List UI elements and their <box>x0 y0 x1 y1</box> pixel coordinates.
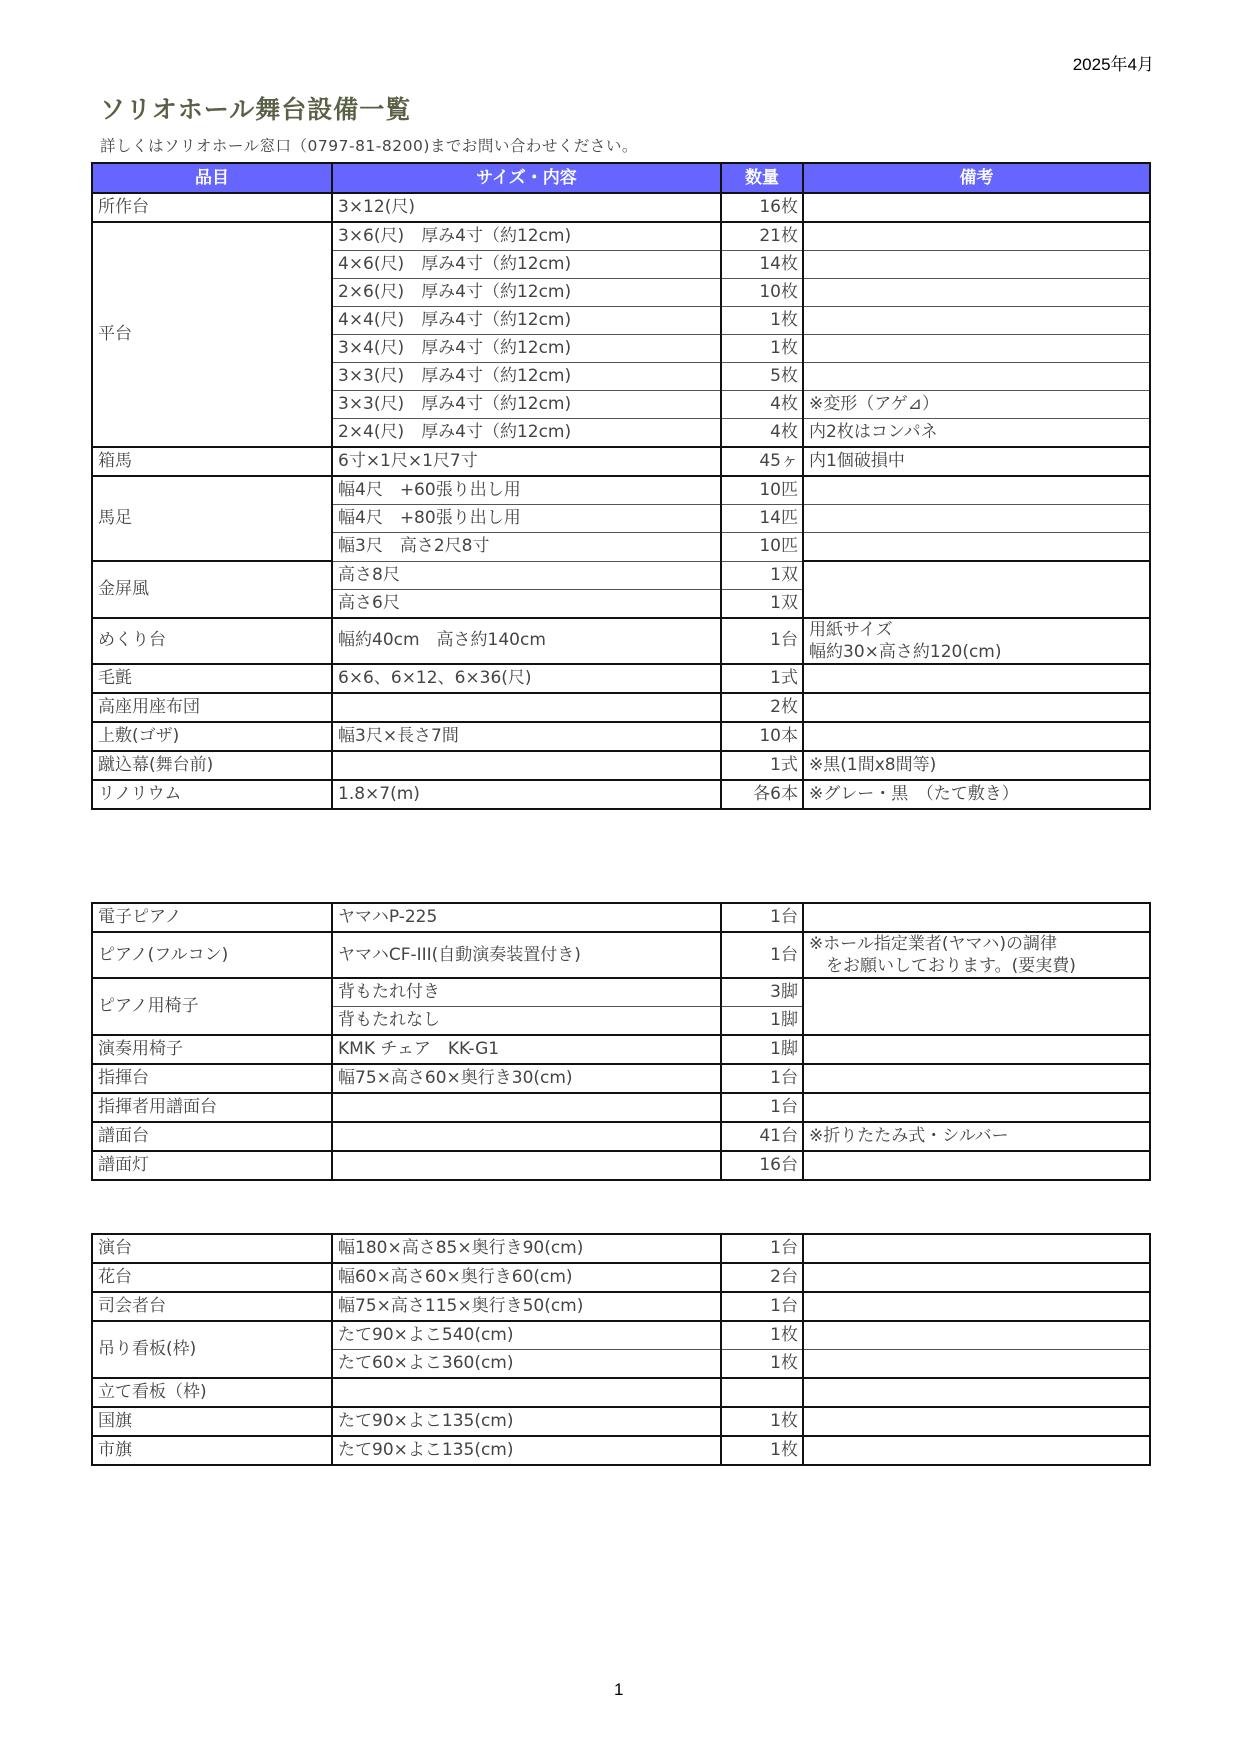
size-cell: 3×4(尺) 厚み4寸（約12cm) <box>332 335 721 363</box>
table-row: 演奏用椅子 KMK チェア KK-G1 1脚 <box>92 1035 1150 1064</box>
qty-cell: 10枚 <box>721 279 803 307</box>
table-row: めくり台 幅約40cm 高さ約140cm 1台 用紙サイズ 幅約30×高さ約12… <box>92 618 1150 664</box>
size-cell <box>332 751 721 780</box>
note-cell <box>803 363 1150 391</box>
size-cell: 4×6(尺) 厚み4寸（約12cm) <box>332 251 721 279</box>
note-cell <box>803 251 1150 279</box>
table-row: 指揮者用譜面台 1台 <box>92 1093 1150 1122</box>
item-cell: リノリウム <box>92 780 332 809</box>
qty-cell: 各6本 <box>721 780 803 809</box>
note-cell <box>803 693 1150 722</box>
item-cell: 立て看板（枠) <box>92 1378 332 1407</box>
size-cell: KMK チェア KK-G1 <box>332 1035 721 1064</box>
table-header-row: 品目 サイズ・内容 数量 備考 <box>92 163 1150 193</box>
table-row: 高座用座布団 2枚 <box>92 693 1150 722</box>
note-cell <box>803 903 1150 932</box>
note-cell <box>803 561 1150 618</box>
size-cell: 3×3(尺) 厚み4寸（約12cm) <box>332 391 721 419</box>
item-cell: ピアノ(フルコン) <box>92 932 332 978</box>
table-row: 馬足 幅4尺 +60張り出し用 10匹 <box>92 476 1150 505</box>
note-cell <box>803 1407 1150 1436</box>
table-row: リノリウム 1.8×7(m) 各6本 ※グレー・黒 （たて敷き） <box>92 780 1150 809</box>
item-cell: 国旗 <box>92 1407 332 1436</box>
size-cell: 幅60×高さ60×奥行き60(cm) <box>332 1263 721 1292</box>
item-cell: 金屏風 <box>92 561 332 618</box>
size-cell: 2×4(尺) 厚み4寸（約12cm) <box>332 419 721 448</box>
qty-cell: 1台 <box>721 618 803 664</box>
qty-cell: 45ヶ <box>721 447 803 476</box>
size-cell: 背もたれなし <box>332 1007 721 1036</box>
item-cell: 譜面台 <box>92 1122 332 1151</box>
note-line: 幅約30×高さ約120(cm) <box>809 641 1144 663</box>
qty-cell: 14枚 <box>721 251 803 279</box>
qty-cell: 1台 <box>721 903 803 932</box>
table-row: 蹴込幕(舞台前) 1式 ※黒(1間x8間等) <box>92 751 1150 780</box>
qty-cell: 2台 <box>721 1263 803 1292</box>
table-row: 所作台 3×12(尺) 16枚 <box>92 193 1150 222</box>
size-cell <box>332 1093 721 1122</box>
qty-cell <box>721 1378 803 1407</box>
table-row: 立て看板（枠) <box>92 1378 1150 1407</box>
note-cell: ※折りたたみ式・シルバー <box>803 1122 1150 1151</box>
size-cell: 幅75×高さ60×奥行き30(cm) <box>332 1064 721 1093</box>
note-cell <box>803 193 1150 222</box>
item-cell: 演奏用椅子 <box>92 1035 332 1064</box>
size-cell: たて90×よこ135(cm) <box>332 1407 721 1436</box>
item-cell: 蹴込幕(舞台前) <box>92 751 332 780</box>
note-line: をお願いしております。(要実費) <box>809 955 1144 977</box>
qty-cell: 16枚 <box>721 193 803 222</box>
qty-cell: 1枚 <box>721 1350 803 1379</box>
size-cell: 6×6、6×12、6×36(尺) <box>332 664 721 693</box>
qty-cell: 1枚 <box>721 307 803 335</box>
note-cell <box>803 1436 1150 1465</box>
size-cell: 1.8×7(m) <box>332 780 721 809</box>
page-title: ソリオホール舞台設備一覧 <box>100 90 411 126</box>
size-cell: 高さ8尺 <box>332 561 721 589</box>
qty-cell: 3脚 <box>721 978 803 1007</box>
qty-cell: 1双 <box>721 589 803 618</box>
note-cell <box>803 1292 1150 1321</box>
header-qty: 数量 <box>721 163 803 193</box>
size-cell: 幅180×高さ85×奥行き90(cm) <box>332 1234 721 1263</box>
header-size: サイズ・内容 <box>332 163 721 193</box>
note-cell <box>803 1378 1150 1407</box>
table-row: 譜面灯 16台 <box>92 1151 1150 1180</box>
size-cell: 背もたれ付き <box>332 978 721 1007</box>
table-row: 吊り看板(枠) たて90×よこ540(cm) 1枚 <box>92 1321 1150 1350</box>
item-cell: 箱馬 <box>92 447 332 476</box>
table-row: 電子ピアノ ヤマハP-225 1台 <box>92 903 1150 932</box>
table-row: 演台 幅180×高さ85×奥行き90(cm) 1台 <box>92 1234 1150 1263</box>
size-cell: 幅3尺×長さ7間 <box>332 722 721 751</box>
note-cell: 内1個破損中 <box>803 447 1150 476</box>
size-cell: 幅約40cm 高さ約140cm <box>332 618 721 664</box>
qty-cell: 14匹 <box>721 505 803 533</box>
note-cell <box>803 533 1150 562</box>
size-cell: 幅3尺 高さ2尺8寸 <box>332 533 721 562</box>
note-line: ※ホール指定業者(ヤマハ)の調律 <box>809 933 1144 955</box>
table-row: 国旗 たて90×よこ135(cm) 1枚 <box>92 1407 1150 1436</box>
note-cell: ※ホール指定業者(ヤマハ)の調律 をお願いしております。(要実費) <box>803 932 1150 978</box>
contact-note: 詳しくはソリオホール窓口（0797-81-8200)までお問い合わせください。 <box>100 134 638 156</box>
qty-cell: 1台 <box>721 1064 803 1093</box>
equipment-table-stage: 品目 サイズ・内容 数量 備考 所作台 3×12(尺) 16枚 平台 3×6(尺… <box>91 162 1151 810</box>
table-row: 指揮台 幅75×高さ60×奥行き30(cm) 1台 <box>92 1064 1150 1093</box>
qty-cell: 1枚 <box>721 335 803 363</box>
note-cell <box>803 978 1150 1035</box>
note-cell <box>803 1321 1150 1350</box>
qty-cell: 1台 <box>721 932 803 978</box>
table-row: 毛氈 6×6、6×12、6×36(尺) 1式 <box>92 664 1150 693</box>
size-cell <box>332 1378 721 1407</box>
note-cell <box>803 307 1150 335</box>
note-cell <box>803 476 1150 505</box>
item-cell: ピアノ用椅子 <box>92 978 332 1035</box>
qty-cell: 1枚 <box>721 1407 803 1436</box>
item-cell: 馬足 <box>92 476 332 561</box>
note-cell <box>803 1151 1150 1180</box>
size-cell: 幅4尺 +80張り出し用 <box>332 505 721 533</box>
size-cell: 3×3(尺) 厚み4寸（約12cm) <box>332 363 721 391</box>
note-cell <box>803 1093 1150 1122</box>
note-cell <box>803 1263 1150 1292</box>
size-cell: 幅75×高さ115×奥行き50(cm) <box>332 1292 721 1321</box>
qty-cell: 1枚 <box>721 1436 803 1465</box>
table-row: 平台 3×6(尺) 厚み4寸（約12cm) 21枚 <box>92 222 1150 251</box>
note-cell: ※グレー・黒 （たて敷き） <box>803 780 1150 809</box>
qty-cell: 1式 <box>721 664 803 693</box>
size-cell <box>332 1151 721 1180</box>
size-cell: 6寸×1尺×1尺7寸 <box>332 447 721 476</box>
item-cell: 花台 <box>92 1263 332 1292</box>
qty-cell: 41台 <box>721 1122 803 1151</box>
item-cell: 指揮台 <box>92 1064 332 1093</box>
item-cell: 吊り看板(枠) <box>92 1321 332 1378</box>
item-cell: 上敷(ゴザ) <box>92 722 332 751</box>
size-cell: たて60×よこ360(cm) <box>332 1350 721 1379</box>
table-row: 譜面台 41台 ※折りたたみ式・シルバー <box>92 1122 1150 1151</box>
qty-cell: 1枚 <box>721 1321 803 1350</box>
qty-cell: 1台 <box>721 1234 803 1263</box>
header-item: 品目 <box>92 163 332 193</box>
size-cell: 3×6(尺) 厚み4寸（約12cm) <box>332 222 721 251</box>
item-cell: 演台 <box>92 1234 332 1263</box>
item-cell: 平台 <box>92 222 332 447</box>
note-cell <box>803 1350 1150 1379</box>
note-cell: 内2枚はコンパネ <box>803 419 1150 448</box>
item-cell: 指揮者用譜面台 <box>92 1093 332 1122</box>
size-cell: ヤマハCF-III(自動演奏装置付き) <box>332 932 721 978</box>
qty-cell: 1脚 <box>721 1035 803 1064</box>
header-note: 備考 <box>803 163 1150 193</box>
page-number: 1 <box>614 1680 623 1700</box>
size-cell: ヤマハP-225 <box>332 903 721 932</box>
size-cell: 幅4尺 +60張り出し用 <box>332 476 721 505</box>
note-cell: ※黒(1間x8間等) <box>803 751 1150 780</box>
size-cell: たて90×よこ540(cm) <box>332 1321 721 1350</box>
table-row: 箱馬 6寸×1尺×1尺7寸 45ヶ 内1個破損中 <box>92 447 1150 476</box>
qty-cell: 1双 <box>721 561 803 589</box>
qty-cell: 21枚 <box>721 222 803 251</box>
qty-cell: 1台 <box>721 1093 803 1122</box>
size-cell: 4×4(尺) 厚み4寸（約12cm) <box>332 307 721 335</box>
table-row: 花台 幅60×高さ60×奥行き60(cm) 2台 <box>92 1263 1150 1292</box>
item-cell: 譜面灯 <box>92 1151 332 1180</box>
size-cell <box>332 693 721 722</box>
qty-cell: 10本 <box>721 722 803 751</box>
size-cell: 3×12(尺) <box>332 193 721 222</box>
note-cell <box>803 222 1150 251</box>
table-row: ピアノ用椅子 背もたれ付き 3脚 <box>92 978 1150 1007</box>
qty-cell: 1脚 <box>721 1007 803 1036</box>
table-row: ピアノ(フルコン) ヤマハCF-III(自動演奏装置付き) 1台 ※ホール指定業… <box>92 932 1150 978</box>
equipment-table-event: 演台 幅180×高さ85×奥行き90(cm) 1台 花台 幅60×高さ60×奥行… <box>91 1233 1151 1466</box>
table-row: 上敷(ゴザ) 幅3尺×長さ7間 10本 <box>92 722 1150 751</box>
qty-cell: 16台 <box>721 1151 803 1180</box>
table-row: 金屏風 高さ8尺 1双 <box>92 561 1150 589</box>
document-date: 2025年4月 <box>1073 50 1154 75</box>
note-cell <box>803 664 1150 693</box>
qty-cell: 4枚 <box>721 419 803 448</box>
note-cell: ※変形（アゲ⊿） <box>803 391 1150 419</box>
item-cell: めくり台 <box>92 618 332 664</box>
qty-cell: 1台 <box>721 1292 803 1321</box>
note-cell <box>803 1234 1150 1263</box>
qty-cell: 5枚 <box>721 363 803 391</box>
equipment-table-music: 電子ピアノ ヤマハP-225 1台 ピアノ(フルコン) ヤマハCF-III(自動… <box>91 902 1151 1181</box>
size-cell <box>332 1122 721 1151</box>
item-cell: 電子ピアノ <box>92 903 332 932</box>
note-line: 用紙サイズ <box>809 619 1144 641</box>
qty-cell: 4枚 <box>721 391 803 419</box>
note-cell <box>803 1035 1150 1064</box>
note-cell <box>803 1064 1150 1093</box>
note-cell <box>803 335 1150 363</box>
item-cell: 所作台 <box>92 193 332 222</box>
note-cell <box>803 722 1150 751</box>
size-cell: 2×6(尺) 厚み4寸（約12cm) <box>332 279 721 307</box>
note-cell: 用紙サイズ 幅約30×高さ約120(cm) <box>803 618 1150 664</box>
qty-cell: 10匹 <box>721 476 803 505</box>
table-row: 司会者台 幅75×高さ115×奥行き50(cm) 1台 <box>92 1292 1150 1321</box>
item-cell: 毛氈 <box>92 664 332 693</box>
note-cell <box>803 505 1150 533</box>
size-cell: 高さ6尺 <box>332 589 721 618</box>
qty-cell: 1式 <box>721 751 803 780</box>
table-row: 市旗 たて90×よこ135(cm) 1枚 <box>92 1436 1150 1465</box>
qty-cell: 2枚 <box>721 693 803 722</box>
note-cell <box>803 279 1150 307</box>
item-cell: 市旗 <box>92 1436 332 1465</box>
item-cell: 高座用座布団 <box>92 693 332 722</box>
item-cell: 司会者台 <box>92 1292 332 1321</box>
size-cell: たて90×よこ135(cm) <box>332 1436 721 1465</box>
qty-cell: 10匹 <box>721 533 803 562</box>
